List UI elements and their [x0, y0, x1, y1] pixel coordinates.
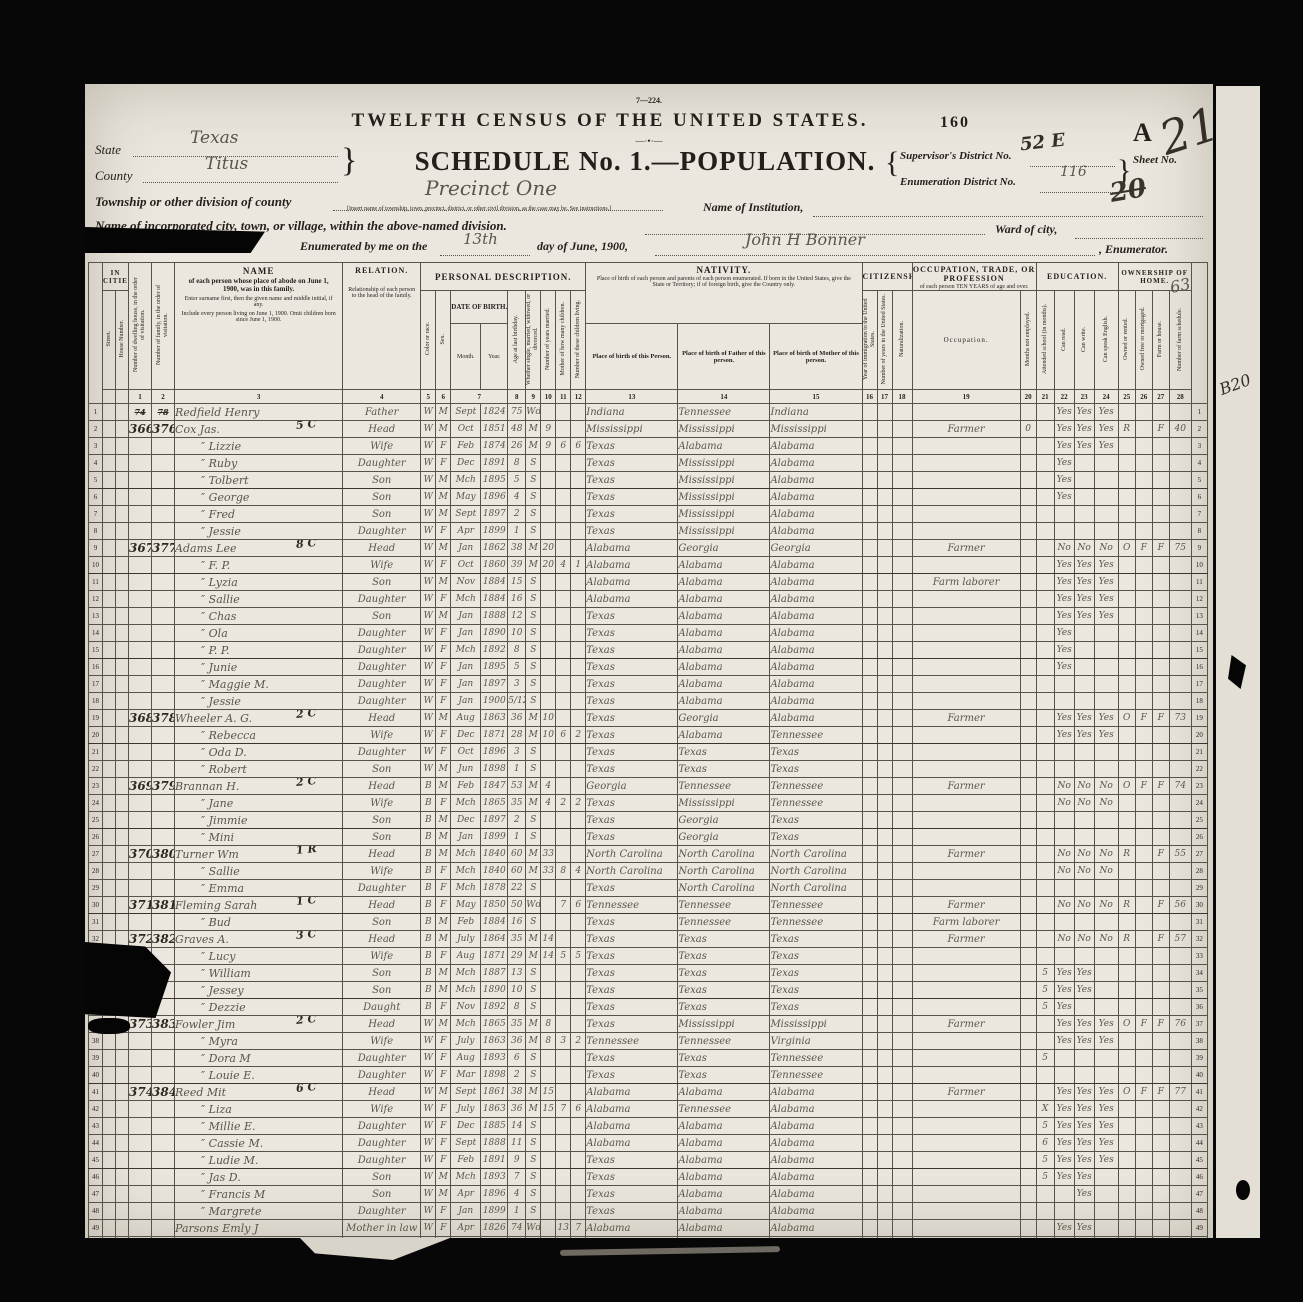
house-number-cell	[116, 795, 129, 812]
can-read	[1054, 1067, 1074, 1084]
dwelling-number	[129, 1152, 152, 1169]
owned-rented	[1118, 1050, 1135, 1067]
form-number: 7—224.	[85, 96, 1213, 105]
naturalization	[892, 846, 912, 863]
marital-status: S	[526, 1050, 541, 1067]
person-name-text: ″ Lucy	[201, 950, 235, 963]
farm-or-house	[1152, 1067, 1169, 1084]
row-number-left: 19	[89, 710, 103, 727]
birth-month: Aug	[451, 1050, 481, 1067]
owned-free-mortgaged	[1135, 914, 1152, 931]
can-speak-english	[1094, 948, 1118, 965]
pob-father: Alabama	[678, 1084, 770, 1101]
row-number-right: 15	[1191, 642, 1207, 659]
state-value: Texas	[190, 128, 239, 148]
table-row: 33″ LucyWifeBFAug187129M1455TexasTexasTe…	[89, 948, 1208, 965]
color-race: W	[421, 1135, 436, 1152]
can-speak-english	[1094, 829, 1118, 846]
pob-person: Georgia	[586, 1237, 678, 1239]
relation: Son	[343, 574, 421, 591]
can-read	[1054, 829, 1074, 846]
mother-of-children	[556, 1135, 571, 1152]
children-living	[571, 1050, 586, 1067]
person-name: ″ Lucy	[175, 948, 343, 965]
immigration-year	[862, 863, 877, 880]
farm-schedule-number	[1169, 1186, 1191, 1203]
pob-mother: Georgia	[770, 540, 862, 557]
pob-person: Texas	[586, 914, 678, 931]
birth-month: Oct	[451, 744, 481, 761]
months-not-employed	[1020, 1050, 1036, 1067]
sex: M	[436, 812, 451, 829]
dwelling-number	[129, 914, 152, 931]
occupation	[912, 557, 1020, 574]
owned-free-mortgaged	[1135, 1050, 1152, 1067]
years-in-us	[877, 710, 892, 727]
can-speak-english	[1094, 1050, 1118, 1067]
owned-rented: O	[1118, 1084, 1135, 1101]
sex: M	[436, 761, 451, 778]
birth-year: 1850	[481, 897, 508, 914]
family-number: 379	[152, 778, 175, 795]
mother-of-children	[556, 693, 571, 710]
farm-or-house: F	[1152, 710, 1169, 727]
relation: Head	[343, 931, 421, 948]
farm-schedule-number	[1169, 1169, 1191, 1186]
pob-person-header: Place of birth of this Person.	[586, 324, 678, 390]
pob-mother: Texas	[770, 829, 862, 846]
can-read: No	[1054, 846, 1074, 863]
children-living: 6	[571, 438, 586, 455]
street-cell	[103, 795, 116, 812]
occupation	[912, 744, 1020, 761]
age: 50	[508, 897, 526, 914]
naturalization	[892, 1101, 912, 1118]
can-read: Yes	[1054, 982, 1074, 999]
pob-father: Tennessee	[678, 778, 770, 795]
pob-mother: Alabama	[770, 1169, 862, 1186]
age: 8	[508, 455, 526, 472]
family-number: 78	[152, 404, 175, 421]
row-number-left: 20	[89, 727, 103, 744]
row-number-right: 24	[1191, 795, 1207, 812]
dwelling-number: 368	[129, 710, 152, 727]
age: 8	[508, 642, 526, 659]
row-number-left: 15	[89, 642, 103, 659]
person-name-text: ″ Chas	[201, 610, 236, 623]
months-not-employed: 0	[1020, 421, 1036, 438]
birth-month: Dec	[451, 727, 481, 744]
farm-schedule-number	[1169, 1203, 1191, 1220]
mother-of-children	[556, 659, 571, 676]
farm-schedule-number: 56	[1169, 897, 1191, 914]
family-number	[152, 438, 175, 455]
person-name: ″ Robert	[175, 761, 343, 778]
attended-school	[1036, 404, 1054, 421]
pob-father: Texas	[678, 931, 770, 948]
row-number-right: 12	[1191, 591, 1207, 608]
census-table-wrap: IN CITIES. Number of dwelling house, in …	[88, 262, 1208, 1238]
relation: Daughter	[343, 1203, 421, 1220]
pob-person: Texas	[586, 982, 678, 999]
owned-rented: R	[1118, 846, 1135, 863]
months-not-employed	[1020, 1067, 1036, 1084]
immigration-year	[862, 795, 877, 812]
street-cell	[103, 829, 116, 846]
naturalization	[892, 829, 912, 846]
sex: M	[436, 574, 451, 591]
row-number-left: 43	[89, 1118, 103, 1135]
occupation: Farmer	[912, 710, 1020, 727]
age: 39	[508, 557, 526, 574]
can-read: Yes	[1054, 557, 1074, 574]
dwelling-number	[129, 557, 152, 574]
can-read: Yes	[1054, 1033, 1074, 1050]
color-race: B	[421, 897, 436, 914]
row-number-right: 40	[1191, 1067, 1207, 1084]
marital-status: M	[526, 1033, 541, 1050]
row-number-right: 47	[1191, 1186, 1207, 1203]
birth-month: Sept	[451, 404, 481, 421]
person-name-text: ″ Cassie M.	[201, 1137, 263, 1150]
children-living: 7	[571, 1220, 586, 1237]
row-number-left: 4	[89, 455, 103, 472]
pob-father: Tennessee	[678, 1033, 770, 1050]
attended-school	[1036, 897, 1054, 914]
owned-rented	[1118, 591, 1135, 608]
farm-or-house	[1152, 625, 1169, 642]
street-cell	[103, 642, 116, 659]
occupation-col-header: Occupation.	[912, 291, 1020, 390]
color-race: W	[421, 625, 436, 642]
children-living	[571, 812, 586, 829]
years-married	[541, 1152, 556, 1169]
house-number-cell	[116, 642, 129, 659]
mother-of-children	[556, 846, 571, 863]
birth-month: Feb	[451, 914, 481, 931]
attended-school	[1036, 863, 1054, 880]
pob-father: North Carolina	[678, 846, 770, 863]
pob-mother: Tennessee	[770, 778, 862, 795]
color-race: W	[421, 1152, 436, 1169]
table-row: 4″ RubyDaughterWFDec18918STexasMississip…	[89, 455, 1208, 472]
color-race: W	[421, 693, 436, 710]
pob-mother: Alabama	[770, 1135, 862, 1152]
owned-free-mortgaged	[1135, 744, 1152, 761]
can-write: Yes	[1074, 982, 1094, 999]
relation: Daughter	[343, 1067, 421, 1084]
immigration-year	[862, 1169, 877, 1186]
attended-school	[1036, 557, 1054, 574]
pob-person: Texas	[586, 1067, 678, 1084]
years-married: 4	[541, 778, 556, 795]
col-number: 2	[152, 390, 175, 404]
house-number-cell	[116, 1220, 129, 1237]
relation: Head	[343, 540, 421, 557]
pob-mother: Alabama	[770, 489, 862, 506]
family-number	[152, 574, 175, 591]
farm-or-house	[1152, 1101, 1169, 1118]
occupation	[912, 965, 1020, 982]
can-read	[1054, 948, 1074, 965]
row-number-left: 21	[89, 744, 103, 761]
can-write: No	[1074, 778, 1094, 795]
can-write	[1074, 523, 1094, 540]
person-name: ″ Ludie M.	[175, 1152, 343, 1169]
row-number-right: 22	[1191, 761, 1207, 778]
months-not-employed	[1020, 642, 1036, 659]
can-write: No	[1074, 846, 1094, 863]
relation: Son	[343, 914, 421, 931]
marital-status: M	[526, 1016, 541, 1033]
can-speak-english	[1094, 1220, 1118, 1237]
name-header: NAME of each person whose place of abode…	[175, 263, 343, 390]
can-write: No	[1074, 863, 1094, 880]
scanned-census-page: { "header": { "form_number": "7—224.", "…	[0, 0, 1303, 1302]
years-married	[541, 591, 556, 608]
age: 9	[508, 1152, 526, 1169]
birth-year: 1891	[481, 455, 508, 472]
row-number-left: 27	[89, 846, 103, 863]
immigration-year	[862, 880, 877, 897]
farm-schedule-number	[1169, 965, 1191, 982]
farm-or-house	[1152, 404, 1169, 421]
pob-person: Texas	[586, 710, 678, 727]
farm-schedule-number	[1169, 438, 1191, 455]
months-not-employed	[1020, 591, 1036, 608]
can-speak-english: Yes	[1094, 727, 1118, 744]
months-not-employed	[1020, 1101, 1036, 1118]
person-name-text: Fleming Sarah	[175, 899, 257, 912]
street-cell	[103, 1050, 116, 1067]
farm-or-house	[1152, 523, 1169, 540]
col-number: 10	[541, 390, 556, 404]
can-write: Yes	[1074, 1220, 1094, 1237]
birth-month: Mch	[451, 472, 481, 489]
can-read: Yes	[1054, 1101, 1074, 1118]
children-living	[571, 1118, 586, 1135]
person-name: ″ Francis M	[175, 1186, 343, 1203]
attended-school	[1036, 472, 1054, 489]
col-number: 21	[1036, 390, 1054, 404]
birth-year: 1851	[481, 421, 508, 438]
sex: F	[436, 1050, 451, 1067]
row-number-left: 28	[89, 863, 103, 880]
relation: Wife	[343, 1101, 421, 1118]
age: 1	[508, 523, 526, 540]
col-number	[116, 390, 129, 404]
relation: Son	[343, 965, 421, 982]
birth-year: 1899	[481, 829, 508, 846]
can-speak-english	[1094, 472, 1118, 489]
citizenship-header: CITIZENSHIP.	[862, 263, 912, 291]
attended-school	[1036, 421, 1054, 438]
sex: M	[436, 472, 451, 489]
years-married	[541, 982, 556, 999]
immigration-year	[862, 540, 877, 557]
col-number: 26	[1135, 390, 1152, 404]
months-not-employed	[1020, 931, 1036, 948]
immigration-year	[862, 846, 877, 863]
family-number	[152, 727, 175, 744]
farm-schedule-number	[1169, 863, 1191, 880]
pob-father: Alabama	[678, 676, 770, 693]
pob-mother: Tennessee	[770, 795, 862, 812]
children-living	[571, 1186, 586, 1203]
street-cell	[103, 625, 116, 642]
street-cell	[103, 438, 116, 455]
color-race: B	[421, 829, 436, 846]
in-cities-header: IN CITIES.	[103, 263, 129, 291]
attended-school	[1036, 1237, 1054, 1239]
marital-status: M	[526, 795, 541, 812]
person-name-text: ″ William	[201, 967, 251, 980]
street-cell	[103, 914, 116, 931]
row-number-left: 40	[89, 1067, 103, 1084]
years-married	[541, 999, 556, 1016]
can-write	[1074, 948, 1094, 965]
row-number-left: 13	[89, 608, 103, 625]
sex: M	[436, 931, 451, 948]
can-read: No	[1054, 863, 1074, 880]
row-number-left: 26	[89, 829, 103, 846]
owned-rented	[1118, 523, 1135, 540]
attended-school	[1036, 540, 1054, 557]
attended-school: 5	[1036, 999, 1054, 1016]
can-read: Yes	[1054, 642, 1074, 659]
person-name: ″ Chas	[175, 608, 343, 625]
street-cell	[103, 1203, 116, 1220]
pencil-annotation: 2 C	[295, 710, 316, 722]
occupation	[912, 1101, 1020, 1118]
age: 10	[508, 982, 526, 999]
sex: M	[436, 1186, 451, 1203]
months-not-employed	[1020, 982, 1036, 999]
years-married	[541, 744, 556, 761]
occupation	[912, 489, 1020, 506]
row-number-right: 43	[1191, 1118, 1207, 1135]
color-race: W	[421, 1220, 436, 1237]
owned-rented	[1118, 812, 1135, 829]
birth-month: July	[451, 1033, 481, 1050]
person-name-text: ″ Margrete	[201, 1205, 261, 1218]
attended-school	[1036, 744, 1054, 761]
sex: M	[436, 404, 451, 421]
marital-status: Wd	[526, 897, 541, 914]
marital-status: S	[526, 506, 541, 523]
naturalization	[892, 795, 912, 812]
birth-year: 1891	[481, 1152, 508, 1169]
person-name: ″ F. P.	[175, 557, 343, 574]
can-read	[1054, 914, 1074, 931]
street-cell	[103, 1237, 116, 1239]
color-race: W	[421, 404, 436, 421]
can-read: Yes	[1054, 489, 1074, 506]
occupation	[912, 829, 1020, 846]
years-married	[541, 1135, 556, 1152]
pob-father: Alabama	[678, 727, 770, 744]
children-living	[571, 693, 586, 710]
birth-month: Mch	[451, 880, 481, 897]
months-not-employed	[1020, 1084, 1036, 1101]
house-number-cell	[116, 1118, 129, 1135]
row-number-left: 6	[89, 489, 103, 506]
pob-mother: Alabama	[770, 693, 862, 710]
can-write-header: Can write.	[1074, 291, 1094, 390]
naturalization	[892, 1152, 912, 1169]
occupation: Farmer	[912, 540, 1020, 557]
owned-rented	[1118, 642, 1135, 659]
can-read: No	[1054, 795, 1074, 812]
birth-month: Mch	[451, 982, 481, 999]
family-number	[152, 506, 175, 523]
family-number	[152, 880, 175, 897]
months-not-employed	[1020, 693, 1036, 710]
naturalization	[892, 931, 912, 948]
pob-mother: Alabama	[770, 676, 862, 693]
sex: F	[436, 693, 451, 710]
age: 2	[508, 506, 526, 523]
age: 2	[508, 812, 526, 829]
occupation-header: OCCUPATION, TRADE, OR PROFESSION of each…	[912, 263, 1036, 291]
years-in-us	[877, 642, 892, 659]
years-in-us	[877, 744, 892, 761]
house-number-cell	[116, 506, 129, 523]
pob-person: Texas	[586, 625, 678, 642]
table-row: 3″ LizzieWifeWFFeb187426M966TexasAlabama…	[89, 438, 1208, 455]
can-write	[1074, 999, 1094, 1016]
family-number	[152, 1220, 175, 1237]
pob-father: Mississippi	[678, 523, 770, 540]
farm-or-house	[1152, 1033, 1169, 1050]
pob-mother: Mississippi	[770, 421, 862, 438]
person-name-text: Turner Wm	[175, 848, 239, 861]
row-number-header-right	[1191, 263, 1207, 404]
immigration-year	[862, 557, 877, 574]
immigration-year	[862, 829, 877, 846]
sex: M	[436, 1084, 451, 1101]
row-number-header-left	[89, 263, 103, 404]
immigration-year	[862, 608, 877, 625]
house-number-cell	[116, 1152, 129, 1169]
pob-mother: North Carolina	[770, 846, 862, 863]
can-read	[1054, 1050, 1074, 1067]
family-number	[152, 1203, 175, 1220]
immigration-year	[862, 744, 877, 761]
census-table: IN CITIES. Number of dwelling house, in …	[88, 262, 1208, 1238]
immigration-year	[862, 931, 877, 948]
months-not-employed	[1020, 506, 1036, 523]
pob-father: Mississippi	[678, 795, 770, 812]
house-number-cell	[116, 1067, 129, 1084]
can-speak-english: Yes	[1094, 1084, 1118, 1101]
years-in-us	[877, 1220, 892, 1237]
farm-schedule-number	[1169, 523, 1191, 540]
color-race: W	[421, 1101, 436, 1118]
years-in-us	[877, 863, 892, 880]
months-not-employed	[1020, 744, 1036, 761]
months-not-employed	[1020, 1169, 1036, 1186]
owned-rented: O	[1118, 1016, 1135, 1033]
pob-person: Alabama	[586, 591, 678, 608]
can-speak-english: Yes	[1094, 1033, 1118, 1050]
occupation	[912, 659, 1020, 676]
birth-year: 1899	[481, 523, 508, 540]
mother-of-children	[556, 523, 571, 540]
can-speak-english	[1094, 982, 1118, 999]
schedule-title: SCHEDULE No. 1.—POPULATION.	[365, 146, 925, 177]
children-living	[571, 1135, 586, 1152]
